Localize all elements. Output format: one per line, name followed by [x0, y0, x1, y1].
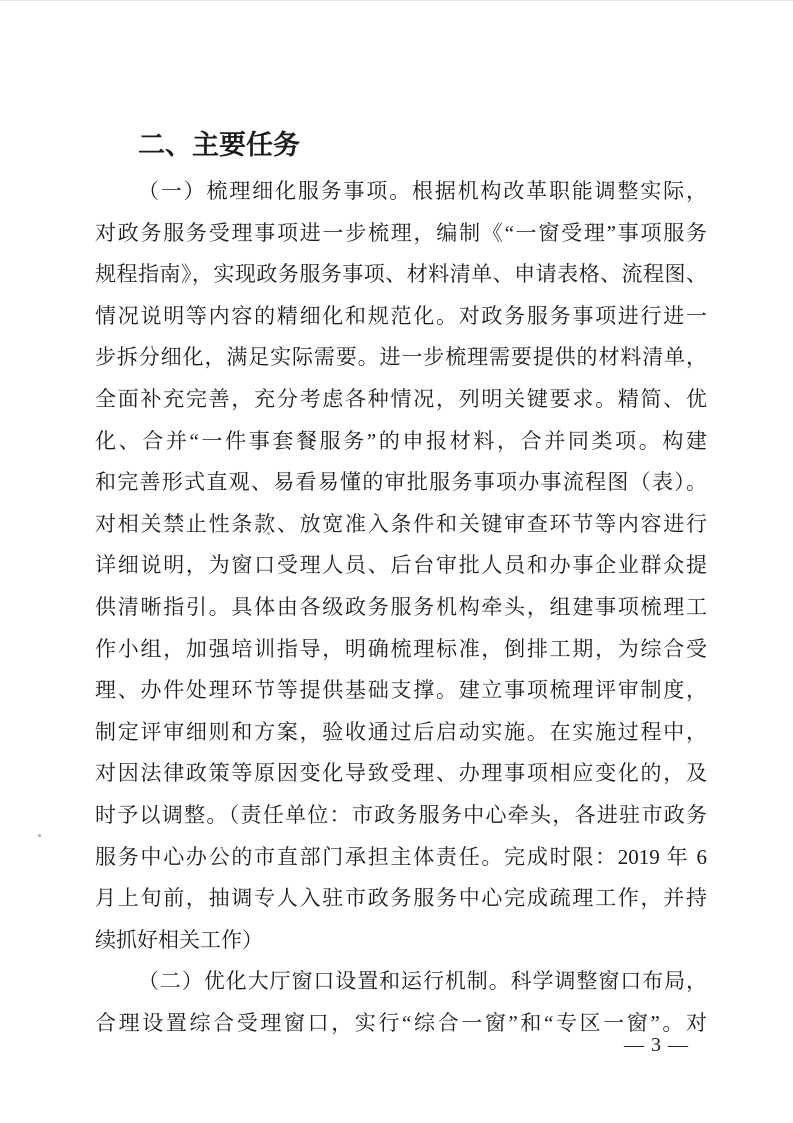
text-line: 制定评审细则和方案，验收通过后启动实施。在实施过程中，: [95, 712, 707, 754]
scan-speck: [38, 834, 41, 837]
scan-speck: [267, 532, 270, 535]
text-line: 理、办件处理环节等提供基础支撑。建立事项梳理评审制度，: [95, 670, 707, 712]
text-line: 时予以调整。（责任单位：市政务服务中心牵头，各进驻市政务: [95, 795, 707, 837]
text-line: 对政务服务受理事项进一步梳理，编制《“一窗受理”事项服务: [95, 213, 707, 255]
scanned-document-page: 二、主要任务 （一）梳理细化服务事项。根据机构改革职能调整实际，对政务服务受理事…: [0, 0, 793, 1123]
text-line: 服务中心办公的市直部门承担主体责任。完成时限：2019 年 6: [95, 837, 707, 879]
text-line: （一）梳理细化服务事项。根据机构改革职能调整实际，: [95, 171, 707, 213]
text-line: 对因法律政策等原因变化导致受理、办理事项相应变化的，及: [95, 753, 707, 795]
text-line: 和完善形式直观、易看易懂的审批服务事项办事流程图（表）。: [95, 462, 707, 504]
text-line: 步拆分细化，满足实际需要。进一步梳理需要提供的材料清单，: [95, 337, 707, 379]
text-line: 情况说明等内容的精细化和规范化。对政务服务事项进行进一: [95, 296, 707, 338]
text-line: 合理设置综合受理窗口，实行“综合一窗”和“专区一窗”。对: [95, 1003, 707, 1045]
text-line: 续抓好相关工作）: [95, 920, 707, 962]
text-line: 月上旬前，抽调专人入驻市政务服务中心完成疏理工作，并持: [95, 878, 707, 920]
text-line: 对相关禁止性条款、放宽准入条件和关键审查环节等内容进行: [95, 504, 707, 546]
text-line: 规程指南》，实现政务服务事项、材料清单、申请表格、流程图、: [95, 254, 707, 296]
text-line: 详细说明，为窗口受理人员、后台审批人员和办事企业群众提: [95, 545, 707, 587]
text-line: 供清晰指引。具体由各级政务服务机构牵头，组建事项梳理工: [95, 587, 707, 629]
text-line: 化、合并“一件事套餐服务”的申报材料，合并同类项。构建: [95, 421, 707, 463]
section-heading: 二、主要任务: [95, 125, 707, 171]
text-line: 全面补充完善，充分考虑各种情况，列明关键要求。精简、优: [95, 379, 707, 421]
text-line: （二）优化大厅窗口设置和运行机制。科学调整窗口布局，: [95, 961, 707, 1003]
document-body: 二、主要任务 （一）梳理细化服务事项。根据机构改革职能调整实际，对政务服务受理事…: [95, 125, 707, 1044]
page-number: — 3 —: [624, 1033, 689, 1057]
text-line: 作小组，加强培训指导，明确梳理标准，倒排工期，为综合受: [95, 629, 707, 671]
